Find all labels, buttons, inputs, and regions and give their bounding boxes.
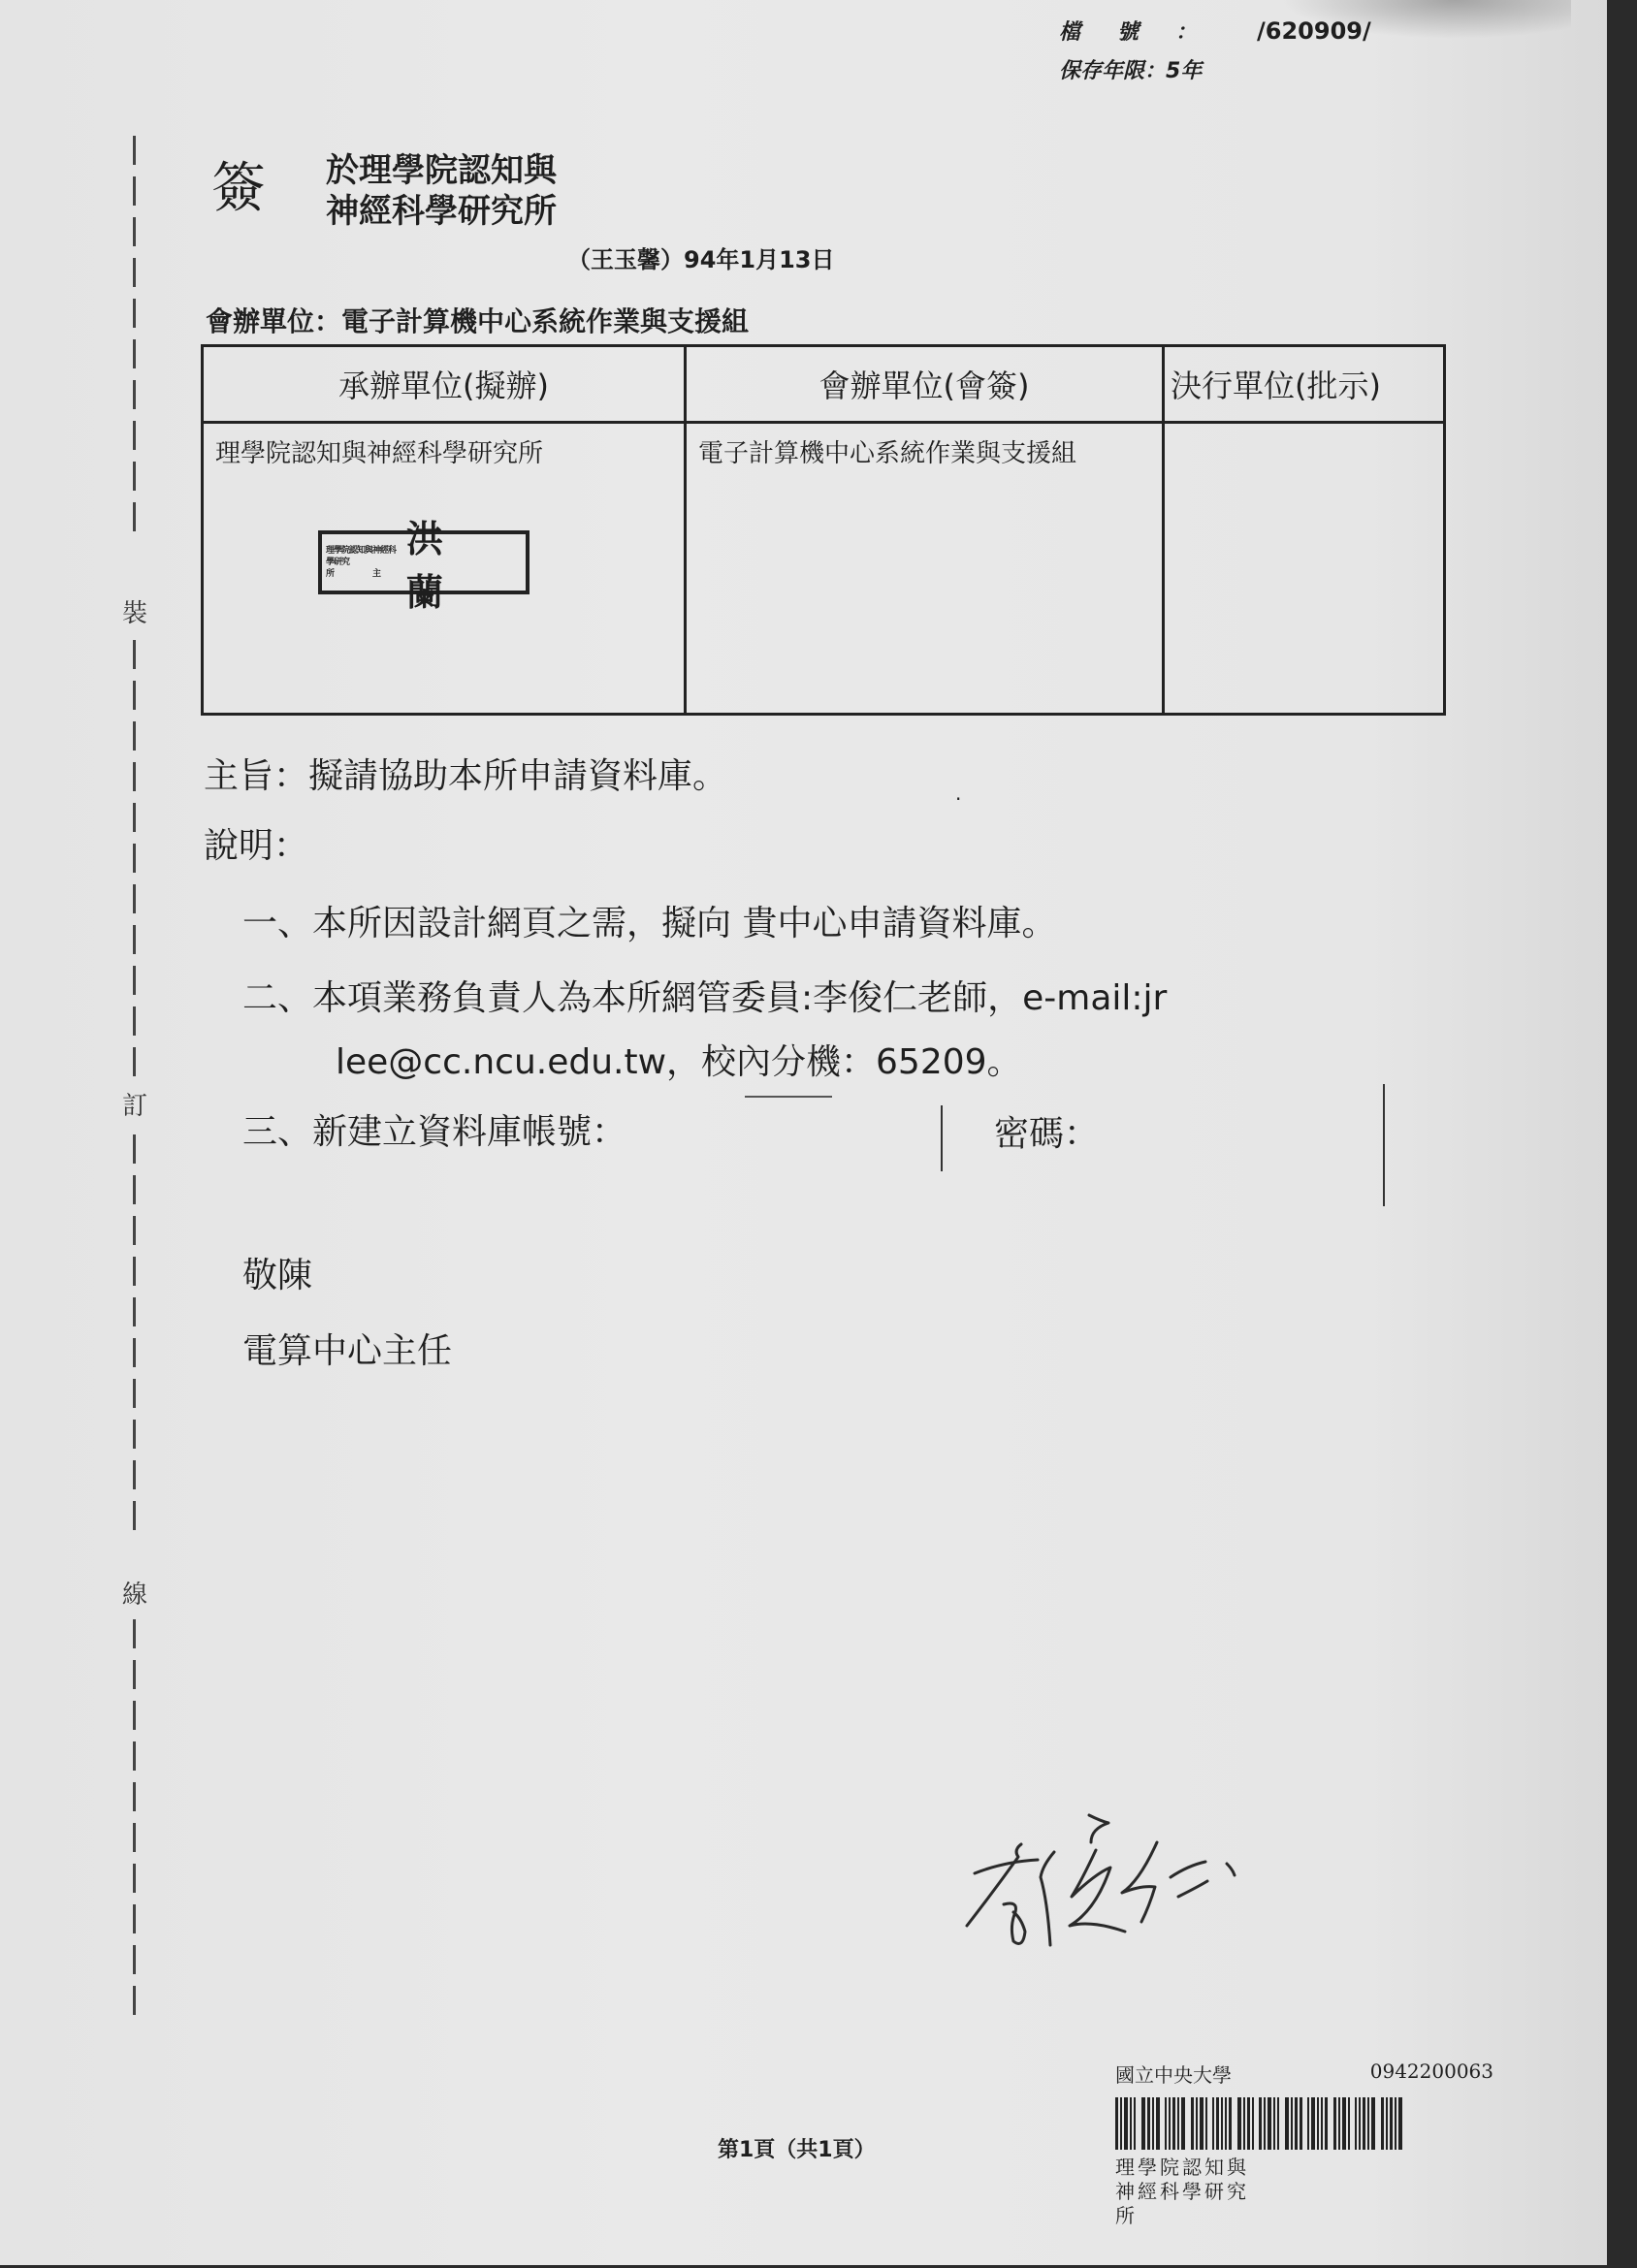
explanation-item-2: 二、本項業務負責人為本所網管委員:李俊仁老師，e-mail:jr (242, 981, 1167, 1016)
director-seal-stamp: 理學院認知與神經科學研究 所 主 洪蘭 (318, 530, 530, 594)
stamp-name: 洪蘭 (406, 509, 526, 616)
cosign-unit-line: 會辦單位：電子計算機中心系統作業與支援組 (206, 301, 749, 339)
explanation-item-2-continued: lee@cc.ncu.edu.tw，校內分機：65209。 (336, 1045, 1022, 1080)
password-box-right-line (1383, 1084, 1385, 1206)
handwritten-signature (946, 1804, 1256, 1949)
stamp-small-text: 理學院認知與神經科學研究 所 主 (322, 545, 401, 580)
password-label: 密碼： (994, 1117, 1099, 1152)
column-header-cosign-unit: 會辦單位(會簽) (686, 346, 1164, 423)
binding-char-ding: 訂 (122, 1086, 147, 1122)
approval-table: 承辦單位(擬辦) 會辦單位(會簽) 決行單位(批示) 理學院認知與神經科學研究所… (201, 344, 1446, 716)
barcode-icon (1115, 2097, 1493, 2150)
cosign-unit-cell: 電子計算機中心系統作業與支援組 (686, 423, 1164, 715)
column-header-decision-unit: 決行單位(批示) (1164, 346, 1445, 423)
explanation-label: 說明： (204, 829, 308, 864)
handling-unit-name: 理學院認知與神經科學研究所 (215, 439, 543, 468)
file-number-label: 檔號： (1059, 14, 1234, 52)
binding-char-xian: 線 (122, 1575, 147, 1611)
binding-char-zhuang: 裝 (122, 593, 147, 629)
page-number: 第1頁（共1頁） (718, 2133, 876, 2163)
account-box-top-line (745, 1096, 832, 1098)
retention-label: 保存年限： (1059, 52, 1166, 91)
subject-line: 主旨：擬請協助本所申請資料庫。 (204, 759, 727, 794)
document-type: 簽 (211, 145, 266, 223)
approval-table-header-row: 承辦單位(擬辦) 會辦單位(會簽) 決行單位(批示) (203, 346, 1445, 423)
archive-info: 檔號：/620909/ 保存年限：5年 (1059, 12, 1371, 91)
barcode-department: 理學院認知與神經科學研究所 (1115, 2156, 1261, 2228)
handling-unit-cell: 理學院認知與神經科學研究所 理學院認知與神經科學研究 所 主 洪蘭 (203, 423, 686, 715)
recipient: 電算中心主任 (242, 1334, 452, 1369)
file-number-value: /620909/ (1257, 12, 1371, 50)
cosign-unit-name: 電子計算機中心系統作業與支援組 (698, 439, 1076, 468)
column-header-handling-unit: 承辦單位(擬辦) (203, 346, 686, 423)
approval-table-body-row: 理學院認知與神經科學研究所 理學院認知與神經科學研究 所 主 洪蘭 電子計算機中… (203, 423, 1445, 715)
binding-margin: 裝 訂 線 (126, 136, 145, 2056)
stray-dot: . (955, 783, 961, 803)
account-box-divider (941, 1105, 943, 1171)
author-date: （王玉馨）94年1月13日 (567, 240, 835, 274)
barcode-organization: 國立中央大學 (1115, 2060, 1232, 2088)
explanation-item-1: 一、本所因設計網頁之需，擬向 貴中心申請資料庫。 (242, 907, 1056, 942)
barcode-label: 國立中央大學 0942200063 理學院認知與神經科學研究所 (1115, 2060, 1493, 2228)
retention-value: 5年 (1166, 52, 1202, 91)
barcode-number: 0942200063 (1370, 2060, 1493, 2088)
explanation-item-3: 三、新建立資料庫帳號： (242, 1115, 626, 1150)
closing-salutation: 敬陳 (242, 1259, 312, 1294)
decision-unit-cell (1164, 423, 1445, 715)
issuing-location: 於理學院認知與神經科學研究所 (326, 150, 578, 232)
document-page: 檔號：/620909/ 保存年限：5年 裝 訂 (0, 0, 1607, 2265)
